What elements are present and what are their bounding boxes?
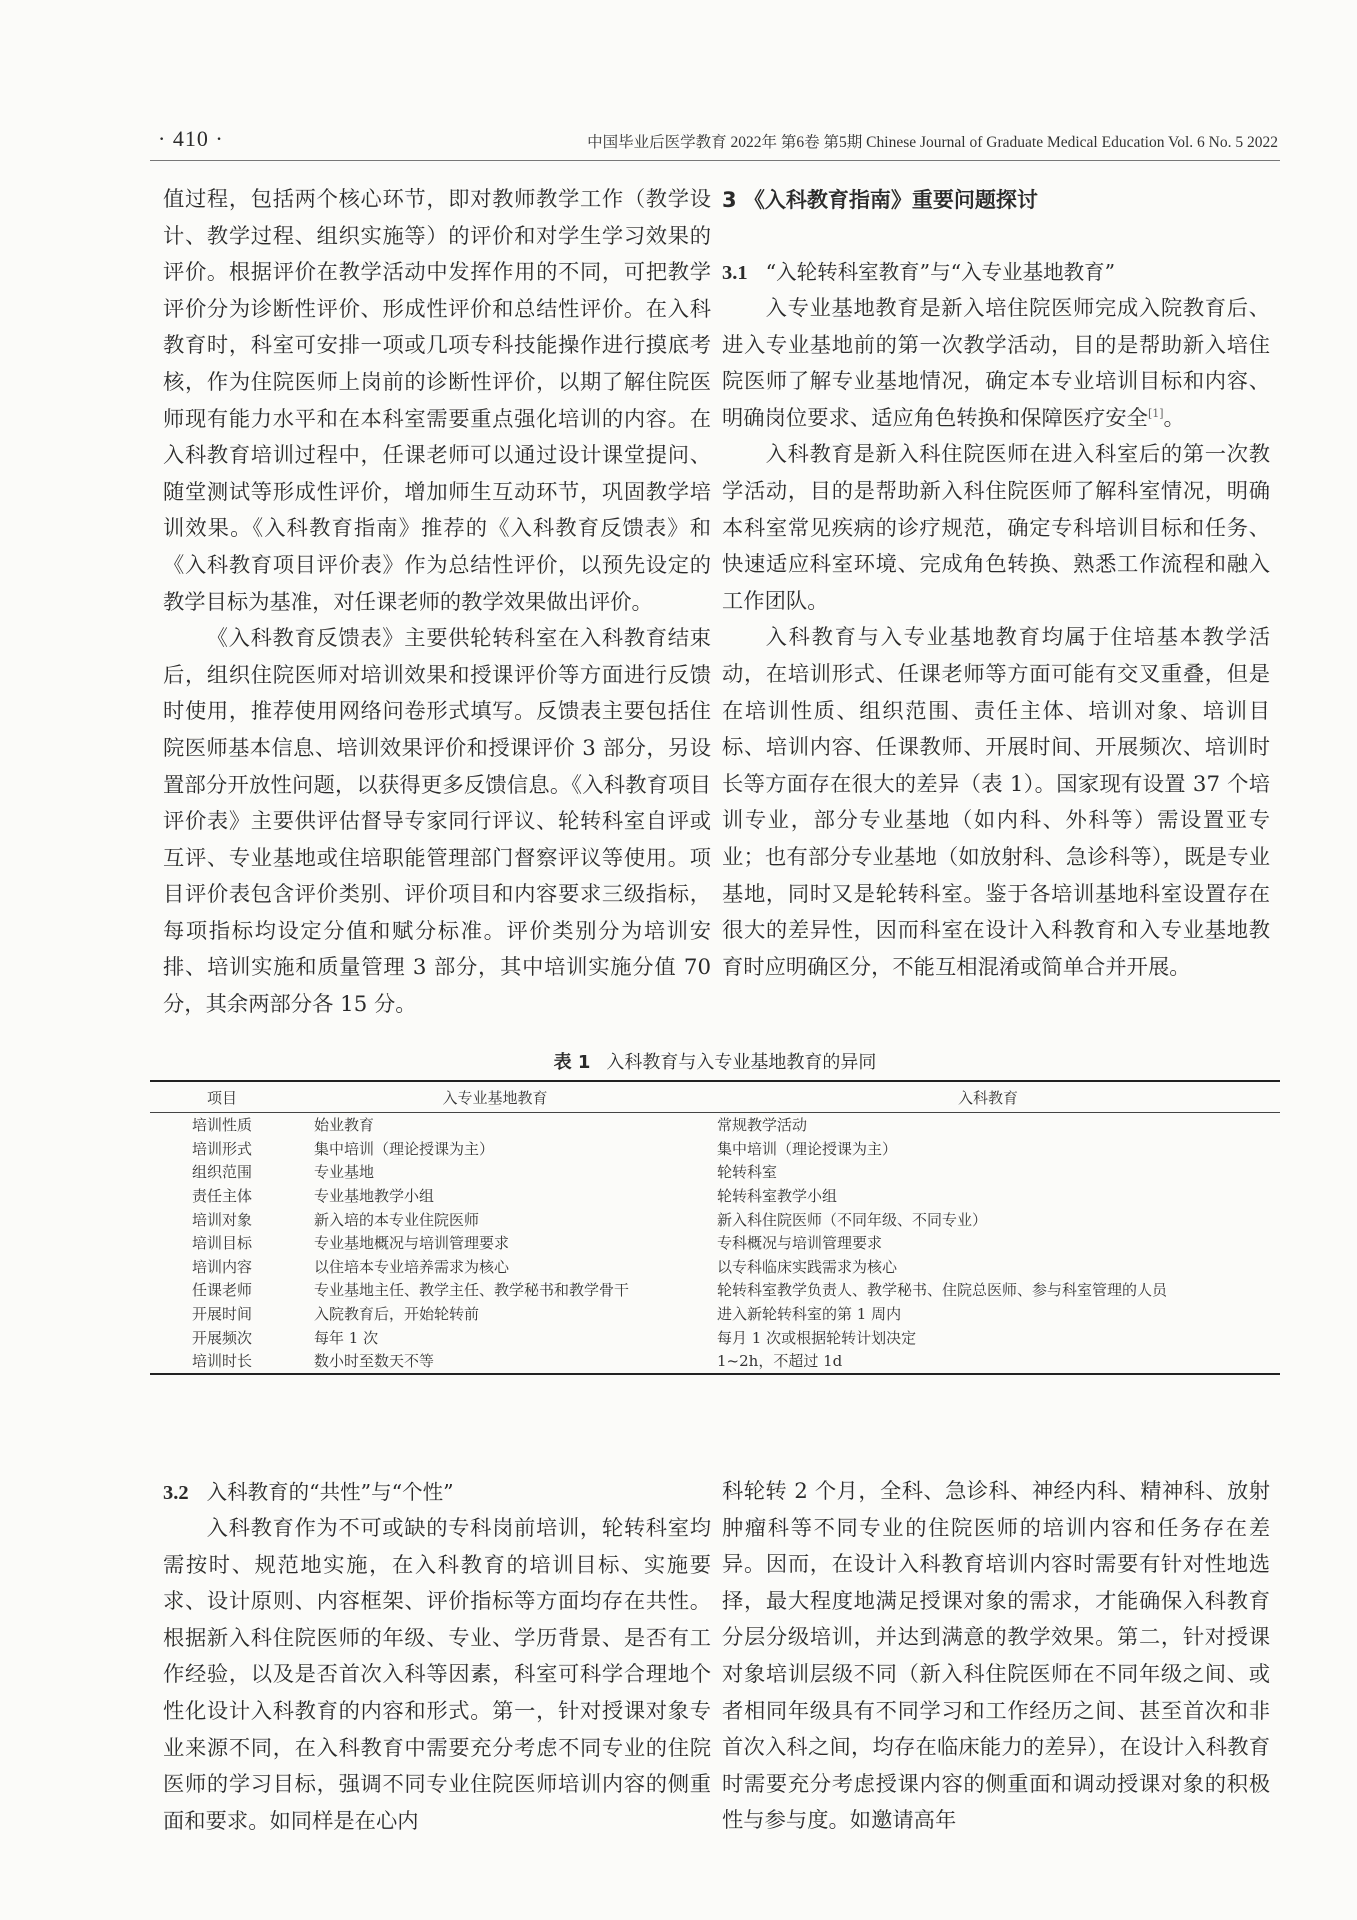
table-label: 表 1 [554,1052,591,1073]
table-row: 培训内容以住培本专业培养需求为核心以专科临床实践需求为核心 [150,1255,1280,1279]
subsection-heading: 3.2入科教育的“共性”与“个性” [163,1474,711,1511]
paragraph: 入科教育是新入科住院医师在进入科室后的第一次教学活动，目的是帮助新入科住院医师了… [722,437,1270,620]
table-row: 组织范围专业基地轮转科室 [150,1160,1280,1184]
table-row: 培训对象新入培的本专业住院医师新入科住院医师（不同年级、不同专业） [150,1207,1280,1231]
comparison-table: 项目 入专业基地教育 入科教育 培训性质始业教育常规教学活动 培训形式集中培训（… [150,1080,1280,1375]
column-header: 入科教育 [697,1081,1280,1113]
subsection-heading: 3.1“入轮转科室教育”与“入专业基地教育” [722,254,1270,291]
paragraph: 科轮转 2 个月，全科、急诊科、神经内科、精神科、放射肿瘤科等不同专业的住院医师… [722,1474,1270,1840]
table-row: 任课老师专业基地主任、教学主任、教学秘书和教学骨干轮转科室教学负责人、教学秘书、… [150,1278,1280,1302]
table-title: 入科教育与入专业基地教育的异同 [606,1052,876,1073]
table-header-row: 项目 入专业基地教育 入科教育 [150,1081,1280,1113]
subsection-title: 入科教育的“共性”与“个性” [207,1480,454,1504]
running-header: · 410 · 中国毕业后医学教育 2022年 第6卷 第5期 Chinese … [158,120,1278,160]
page-number: · 410 · [158,126,224,152]
table-row: 培训目标专业基地概况与培训管理要求专科概况与培训管理要求 [150,1231,1280,1255]
paragraph: 值过程，包括两个核心环节，即对教师教学工作（教学设计、教学过程、组织实施等）的评… [163,182,711,621]
right-column-top: 3 《入科教育指南》重要问题探讨 3.1“入轮转科室教育”与“入专业基地教育” … [722,182,1270,986]
left-column-bottom: 3.2入科教育的“共性”与“个性” 入科教育作为不可或缺的专科岗前培训，轮转科室… [163,1474,711,1840]
column-header: 入专业基地教育 [294,1081,697,1113]
paragraph: 入科教育与入专业基地教育均属于住培基本教学活动，在培训形式、任课老师等方面可能有… [722,620,1270,986]
left-column-top: 值过程，包括两个核心环节，即对教师教学工作（教学设计、教学过程、组织实施等）的评… [163,182,711,1024]
table-row: 责任主体专业基地教学小组轮转科室教学小组 [150,1184,1280,1208]
paragraph: 入科教育作为不可或缺的专科岗前培训，轮转科室均需按时、规范地实施，在入科教育的培… [163,1511,711,1840]
table-row: 培训形式集中培训（理论授课为主）集中培训（理论授课为主） [150,1137,1280,1161]
table-row: 开展时间入院教育后，开始轮转前进入新轮转科室的第 1 周内 [150,1302,1280,1326]
table-row: 开展频次每年 1 次每月 1 次或根据轮转计划决定 [150,1325,1280,1349]
table-caption: 表 1入科教育与入专业基地教育的异同 [150,1048,1280,1074]
paragraph: 入专业基地教育是新入培住院医师完成入院教育后、进入专业基地前的第一次教学活动，目… [722,291,1270,437]
citation-ref[interactable]: [1] [1148,407,1164,420]
right-column-bottom: 科轮转 2 个月，全科、急诊科、神经内科、精神科、放射肿瘤科等不同专业的住院医师… [722,1474,1270,1840]
section-heading: 3 《入科教育指南》重要问题探讨 [722,182,1270,218]
subsection-number: 3.2 [163,1482,189,1504]
subsection-number: 3.1 [722,262,748,284]
subsection-title: “入轮转科室教育”与“入专业基地教育” [766,260,1115,284]
journal-citation: 中国毕业后医学教育 2022年 第6卷 第5期 Chinese Journal … [587,130,1278,152]
column-header: 项目 [150,1081,294,1113]
table-row: 培训时长数小时至数天不等1~2h，不超过 1d [150,1349,1280,1374]
table-row: 培训性质始业教育常规教学活动 [150,1113,1280,1137]
paragraph: 《入科教育反馈表》主要供轮转科室在入科教育结束后，组织住院医师对培训效果和授课评… [163,621,711,1024]
header-rule [150,160,1280,161]
